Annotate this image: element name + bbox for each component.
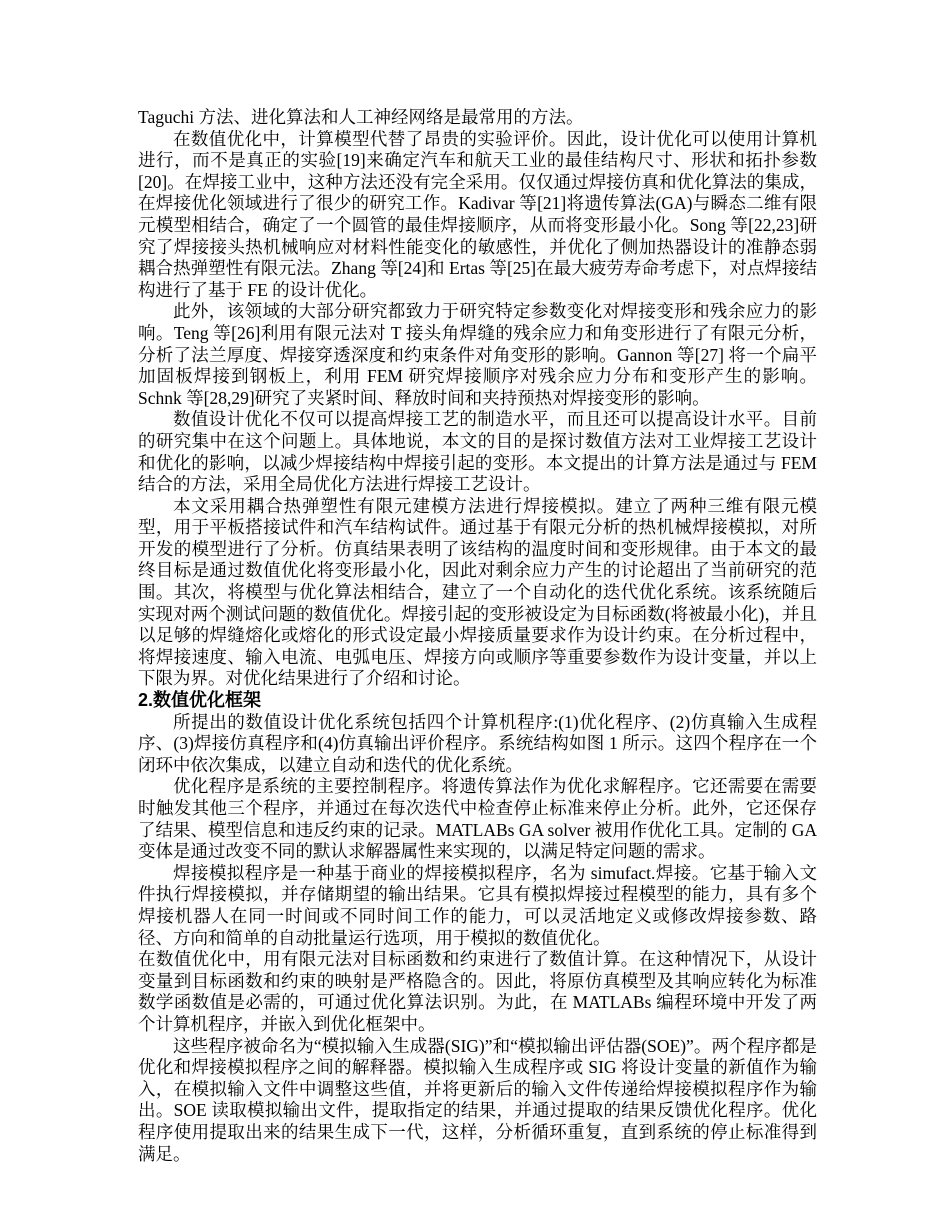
document-page: Taguchi 方法、进化算法和人工神经网络是最常用的方法。 在数值优化中，计算… xyxy=(0,0,952,1232)
paragraph-welding-simulation-program: 焊接模拟程序是一种基于商业的焊接模拟程序，名为 simufact.焊接。它基于输… xyxy=(138,863,817,949)
paragraph-numerical-optimization-background: 在数值优化中，计算模型代替了昂贵的实验评价。因此，设计优化可以使用计算机进行，而… xyxy=(138,129,817,302)
paragraph-fem-objective-function: 在数值优化中，用有限元法对目标函数和约束进行了数值计算。在这种情况下，从设计变量… xyxy=(138,949,817,1035)
paragraph-design-optimization-goal: 数值设计优化不仅可以提高焊接工艺的制造水平，而且还可以提高设计水平。目前的研究集… xyxy=(138,409,817,495)
paragraph-four-programs-overview: 所提出的数值设计优化系统包括四个计算机程序:(1)优化程序、(2)仿真输入生成程… xyxy=(138,712,817,777)
paragraph-parameter-studies: 此外，该领域的大部分研究都致力于研究特定参数变化对焊接变形和残余应力的影响。Te… xyxy=(138,301,817,409)
paragraph-optimization-program: 优化程序是系统的主要控制程序。将遗传算法作为优化求解程序。它还需要在需要时触发其… xyxy=(138,776,817,862)
section-heading-numerical-optimization-framework: 2.数值优化框架 xyxy=(138,690,817,712)
text-column: Taguchi 方法、进化算法和人工神经网络是最常用的方法。 在数值优化中，计算… xyxy=(138,107,817,1165)
paragraph-methods-intro: Taguchi 方法、进化算法和人工神经网络是最常用的方法。 xyxy=(138,107,817,129)
paragraph-sig-soe-interpreters: 这些程序被命名为“模拟输入生成器(SIG)”和“模拟输出评估器(SOE)”。两个… xyxy=(138,1036,817,1166)
paragraph-thermo-elastoplastic-modeling: 本文采用耦合热弹塑性有限元建模方法进行焊接模拟。建立了两种三维有限元模型，用于平… xyxy=(138,496,817,690)
